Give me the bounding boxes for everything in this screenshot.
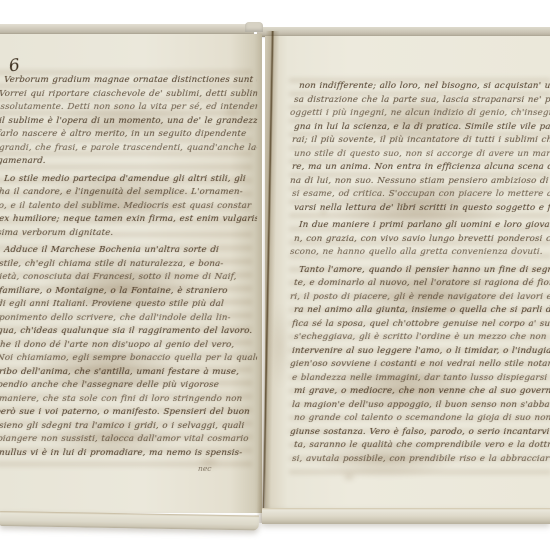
manuscript-line: Verborum gradium magnae ornatae distinct…: [0, 74, 257, 88]
manuscript-line: ri, il posto di piacere, gli è rende nav…: [290, 291, 550, 305]
manuscript-line: Adduce il Marchese Bochenia un'altra sor…: [0, 244, 257, 258]
manuscript-line: gua, ch'ideas qualunque sia il raggirame…: [0, 325, 257, 339]
manuscript-line: pendio anche che l'assegnare delle più v…: [0, 379, 257, 393]
photo-background: 6 Verborum gradium magnae ornatae distin…: [0, 0, 550, 550]
manuscript-line: Noi chiamiamo, egli sempre bonaccio quel…: [0, 352, 257, 366]
manuscript-line: ha il candore, e l'ingenuità del semplic…: [0, 186, 257, 200]
manuscript-line: piangere non sussisti, talocca dall'amor…: [0, 433, 257, 447]
manuscript-line: fica sé la sposa, quel ch'ottobre genuis…: [292, 318, 550, 332]
manuscript-line: na di lui, non suo. Nessuno stiam pensie…: [290, 175, 550, 189]
manuscript-line: ta, saranno le qualità che comprendibile…: [294, 439, 550, 453]
manuscript-line: farlo nascere è altro merito, in un segu…: [0, 128, 257, 142]
manuscript-line: grandi, che frasi, e parole trascendenti…: [0, 142, 257, 156]
manuscript-line: In due maniere i primi parlano gli uomin…: [292, 219, 550, 233]
manuscript-paragraph: Adduce il Marchese Bochenia un'altra sor…: [0, 244, 257, 460]
manuscript-line: e blandezza nelle immagini, dar tanto lu…: [292, 372, 550, 386]
right-page: non indifferente; allo loro, nel bisogno…: [265, 36, 550, 508]
manuscript-line: te, e dominarlo al nuovo, nel l'oratore …: [294, 277, 550, 291]
manuscript-line: si esame, od critica. S'occupan con piac…: [292, 188, 550, 202]
manuscript-paragraph: non indifferente; allo loro, nel bisogno…: [292, 80, 550, 215]
manuscript-line: gamenard.: [0, 155, 257, 169]
book-bottom-edge-right: [262, 508, 550, 524]
manuscript-line: oggetti i più ingegni, ne alcun indizio …: [290, 107, 550, 121]
manuscript-line: uno stile di questo suo, non si accorge …: [294, 148, 550, 162]
spine-headband: [245, 22, 263, 32]
manuscript-line: sa distrazione che la parte sua, lascia …: [294, 94, 550, 108]
manuscript-line: ribo dell'anima, che s'antilla, umani fe…: [0, 366, 257, 380]
book-bottom-edge-left: [0, 511, 259, 531]
manuscript-paragraph: Lo stile medio partecipa d'amendue gli a…: [0, 173, 257, 241]
catchword: nec: [198, 464, 212, 473]
manuscript-line: maniere, che sta sole con fini di loro s…: [0, 393, 257, 407]
manuscript-line: Vorrei qui riportare ciaschevole de' sub…: [0, 88, 257, 102]
manuscript-line: rai; il più sovente, il più incantatore …: [292, 134, 550, 148]
manuscript-line: però sue i voi paterno, o manifesto. Spe…: [0, 406, 257, 420]
manuscript-line: stile, ch'egli chiama stile di naturalez…: [0, 258, 257, 272]
manuscript-line: intervenire al suo leggere l'amo, o li t…: [292, 345, 550, 359]
manuscript-line: che il dono dé l'arte non dis'uopo al ge…: [0, 339, 257, 353]
manuscript-line: nullus vi è in lui di promadiare, ma nem…: [0, 447, 257, 461]
manuscript-line: varsi nella lettura de' libri scritti in…: [294, 202, 550, 216]
manuscript-line: s'echeggiava, gli è scritto l'ordine è u…: [294, 331, 550, 345]
manuscript-line: scono, ne hanno quello alla gretta conve…: [290, 246, 550, 260]
manuscript-paragraph: Tanto l'amore, quando il pensier hanno u…: [292, 264, 550, 467]
manuscript-line: di egli anni Italiani. Proviene questo s…: [0, 298, 257, 312]
manuscript-line: sima verborum dignitate.: [0, 227, 257, 241]
manuscript-line: familiare, o Montaigne, o la Fontaine, è…: [0, 285, 257, 299]
ink-speck: [340, 472, 358, 482]
manuscript-line: no grande col talento o scemandone la gi…: [294, 412, 550, 426]
manuscript-line: ponimento dello scrivere, che dall'indol…: [0, 312, 257, 326]
manuscript-line: n, con grazia, con vivo savio lungo brev…: [294, 233, 550, 247]
manuscript-book: 6 Verborum gradium magnae ornatae distin…: [0, 22, 550, 528]
manuscript-line: rietà, conosciuta dai Francesi, sotto il…: [0, 271, 257, 285]
manuscript-line: giunse sostanza. Vero è falso, parodo, o…: [290, 426, 550, 440]
manuscript-line: gien'oso sovviene i costanti e noi vedra…: [290, 358, 550, 372]
manuscript-line: ex humiliore; neque tamen exin firma, es…: [0, 213, 257, 227]
left-page-text: Verborum gradium magnae ornatae distinct…: [0, 74, 257, 464]
manuscript-line: si, avutala possibile, con prendibile ri…: [292, 453, 550, 467]
manuscript-line: sieno gli sdegni tra l'amico i gridi, o …: [0, 420, 257, 434]
manuscript-line: ra nel animo alla giunta, insieme o quel…: [294, 304, 550, 318]
manuscript-line: la magion'e dell'uso appoggio, il buon s…: [292, 399, 550, 413]
right-page-text: non indifferente; allo loro, nel bisogno…: [292, 80, 550, 470]
manuscript-line: non indifferente; allo loro, nel bisogno…: [292, 80, 550, 94]
manuscript-line: Tanto l'amore, quando il pensier hanno u…: [292, 264, 550, 278]
left-page: 6 Verborum gradium magnae ornatae distin…: [0, 34, 262, 513]
manuscript-line: assolutamente. Detti non sono la vita pe…: [0, 101, 257, 115]
manuscript-line: Lo stile medio partecipa d'amendue gli a…: [0, 173, 257, 187]
manuscript-line: gna in lui la scienza, e la di pratica. …: [294, 121, 550, 135]
manuscript-line: mi grave, o mediocre, che non venne che …: [294, 385, 550, 399]
manuscript-line: il sublime è l'opera di un momento, una …: [0, 115, 257, 129]
manuscript-paragraph: Verborum gradium magnae ornatae distinct…: [0, 74, 257, 169]
manuscript-paragraph: In due maniere i primi parlano gli uomin…: [292, 219, 550, 260]
manuscript-line: to, e il talento del sublime. Mediocris …: [0, 200, 257, 214]
manuscript-line: re, ma un anima. Non entra in efficienza…: [292, 161, 550, 175]
